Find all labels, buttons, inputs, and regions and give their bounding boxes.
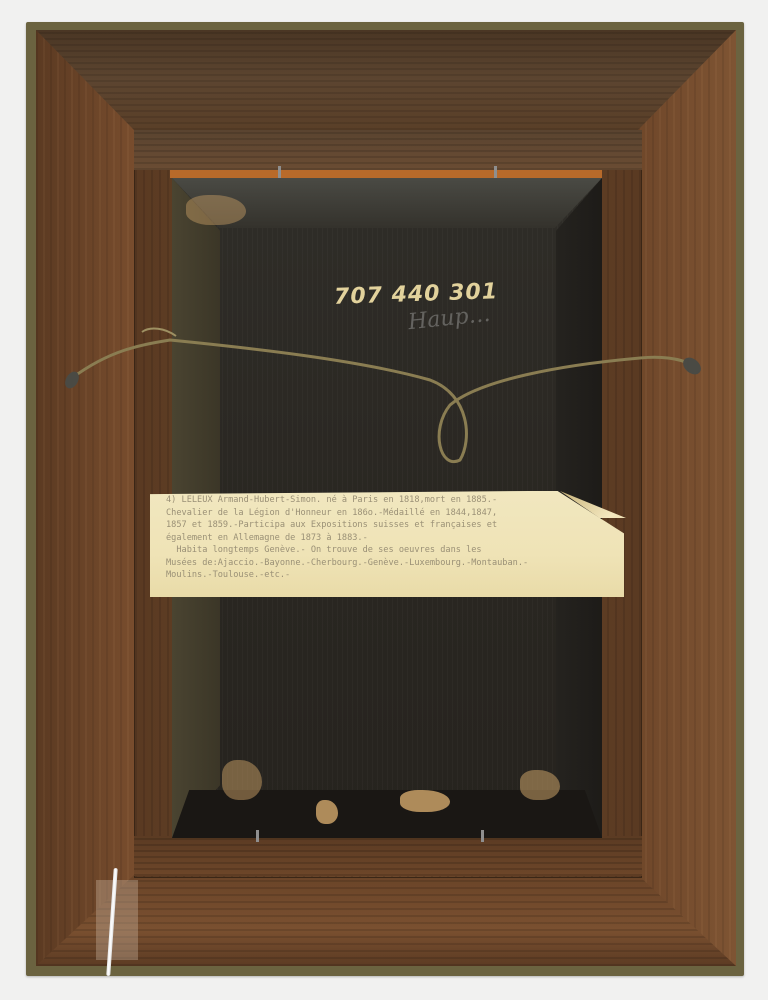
frame-bottom-rail [36,875,736,966]
label-text: 4) LELEUX Armand-Hubert-Simon. né à Pari… [166,494,616,582]
paint-loss [316,800,338,824]
label-line: 4) LELEUX Armand-Hubert-Simon. né à Pari… [166,494,616,507]
frame-top-rail [36,30,736,130]
nail [494,166,497,178]
tape-patch [96,880,138,960]
inner-frame-bottom [134,836,642,876]
paint-loss [400,790,450,812]
label-line: Moulins.-Toulouse.-etc.- [166,569,616,582]
label-line: également en Allemagne de 1873 à 1883.- [166,532,616,545]
label-line: Musées de:Ajaccio.-Bayonne.-Cherbourg.-G… [166,557,616,570]
frame-rebate [170,170,602,178]
paint-loss [520,770,560,800]
nail [256,830,259,842]
nail [278,166,281,178]
label-line: Chevalier de la Légion d'Honneur en 186o… [166,507,616,520]
inner-frame-top [134,130,642,170]
nail [481,830,484,842]
label-line: Habita longtemps Genève.- On trouve de s… [166,544,616,557]
paint-loss [222,760,262,800]
label-line: 1857 et 1859.-Participa aux Expositions … [166,519,616,532]
paint-loss [186,195,246,225]
